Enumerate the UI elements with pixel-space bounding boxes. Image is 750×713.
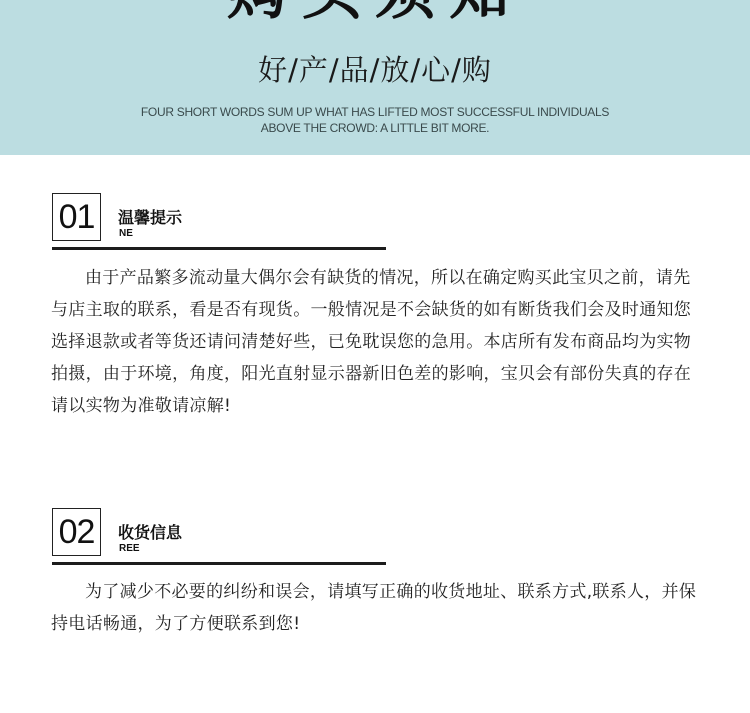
- text-line: 与店主取的联系，看是否有现货。一般情况是不会缺货的如有断货我们会及时通知您: [51, 294, 701, 326]
- section-number-box: 02: [52, 508, 101, 556]
- section-divider: [52, 247, 386, 250]
- text-line: 请以实物为准敬请凉解!: [51, 390, 701, 422]
- page-title: 购买须知: [0, 0, 750, 28]
- header-banner: 购买须知 好/产/品/放/心/购 FOUR SHORT WORDS SUM UP…: [0, 0, 750, 155]
- section-01-text: 由于产品繁多流动量大偶尔会有缺货的情况，所以在确定购买此宝贝之前，请先 与店主取…: [51, 262, 701, 422]
- text-line: 由于产品繁多流动量大偶尔会有缺货的情况，所以在确定购买此宝贝之前，请先: [51, 262, 701, 294]
- text-line: 拍摄，由于环境，角度，阳光直射显示器新旧色差的影响，宝贝会有部份失真的存在: [51, 358, 701, 390]
- english-tagline: FOUR SHORT WORDS SUM UP WHAT HAS LIFTED …: [0, 104, 750, 136]
- section-subtitle: NE: [119, 228, 133, 240]
- section-title: 收货信息: [118, 524, 182, 542]
- text-line: 持电话畅通，为了方便联系到您!: [51, 608, 701, 640]
- section-subtitle: REE: [119, 543, 140, 555]
- text-line: 选择退款或者等货还请问清楚好些，已免耽误您的急用。本店所有发布商品均为实物: [51, 326, 701, 358]
- english-tagline-line2: ABOVE THE CROWD: A LITTLE BIT MORE.: [0, 120, 750, 136]
- section-02-text: 为了减少不必要的纠纷和误会，请填写正确的收货地址、联系方式,联系人，并保 持电话…: [51, 576, 701, 640]
- text-line: 为了减少不必要的纠纷和误会，请填写正确的收货地址、联系方式,联系人，并保: [51, 576, 701, 608]
- page-subtitle: 好/产/品/放/心/购: [0, 50, 750, 90]
- section-number-box: 01: [52, 193, 101, 241]
- section-divider: [52, 562, 386, 565]
- english-tagline-line1: FOUR SHORT WORDS SUM UP WHAT HAS LIFTED …: [0, 104, 750, 120]
- section-title: 温馨提示: [118, 209, 182, 227]
